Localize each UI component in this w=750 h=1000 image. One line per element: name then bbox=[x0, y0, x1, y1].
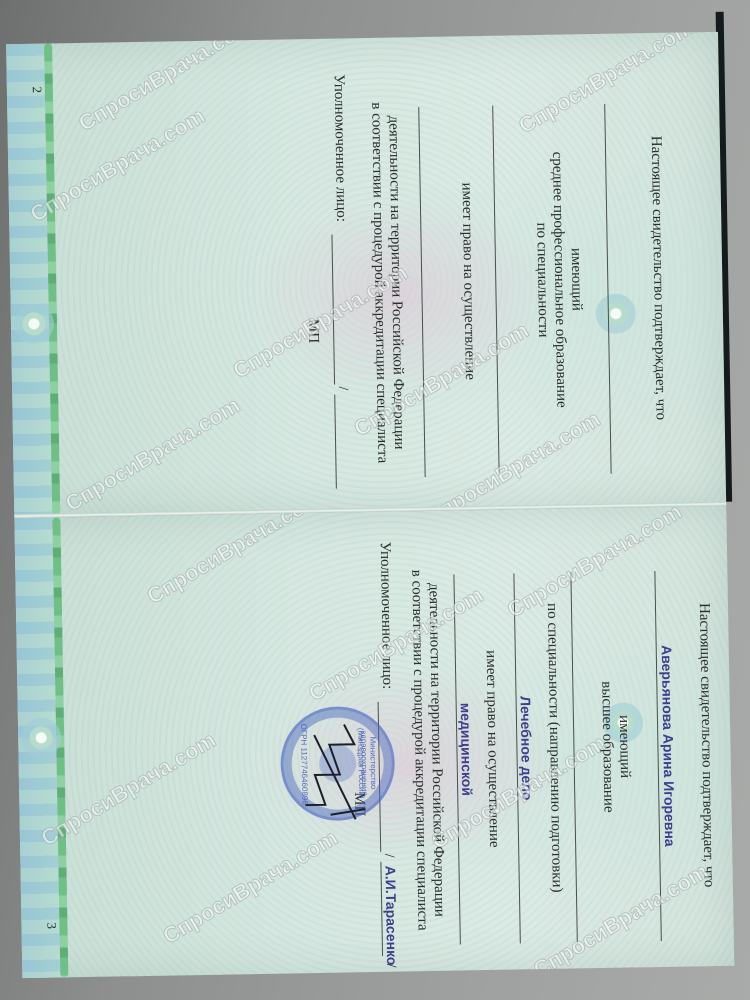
slash: / bbox=[334, 386, 350, 390]
name-field-line bbox=[604, 104, 611, 474]
activity-field-line bbox=[418, 107, 425, 477]
slash: / bbox=[380, 854, 396, 858]
page-number: 3 bbox=[43, 915, 59, 935]
right-to-text: имеет право на осуществление bbox=[480, 534, 505, 964]
certificate-booklet: 2 Настоящее свидетельство подтверждает, … bbox=[6, 12, 735, 979]
authorized-label: Уполномоченное лицо: bbox=[330, 74, 350, 222]
page-3-content: Настоящее свидетельство подтверждает, чт… bbox=[71, 530, 718, 971]
specialty-field-line bbox=[492, 106, 499, 476]
specialty-label: по специальности (направлению подготовки… bbox=[542, 533, 567, 963]
page-2: 2 Настоящее свидетельство подтверждает, … bbox=[6, 32, 726, 516]
slash: / bbox=[382, 964, 398, 968]
handwritten-signature-icon bbox=[294, 714, 386, 836]
intro-text: Настоящее свидетельство подтверждает, чт… bbox=[694, 530, 719, 960]
page-3: 3 Настоящее свидетельство подтверждает, … bbox=[14, 506, 734, 978]
seal-label: МП bbox=[304, 319, 321, 343]
page-2-content: Настоящее свидетельство подтверждает, чт… bbox=[23, 63, 670, 504]
authorized-label: Уполномоченное лицо: bbox=[376, 542, 396, 690]
signatory-name: А.И.Тарасенко bbox=[382, 866, 400, 966]
intro-text: Настоящее свидетельство подтверждает, чт… bbox=[645, 63, 670, 493]
education-field-line bbox=[570, 572, 577, 942]
right-to-text: имеет право на осуществление bbox=[456, 66, 481, 496]
